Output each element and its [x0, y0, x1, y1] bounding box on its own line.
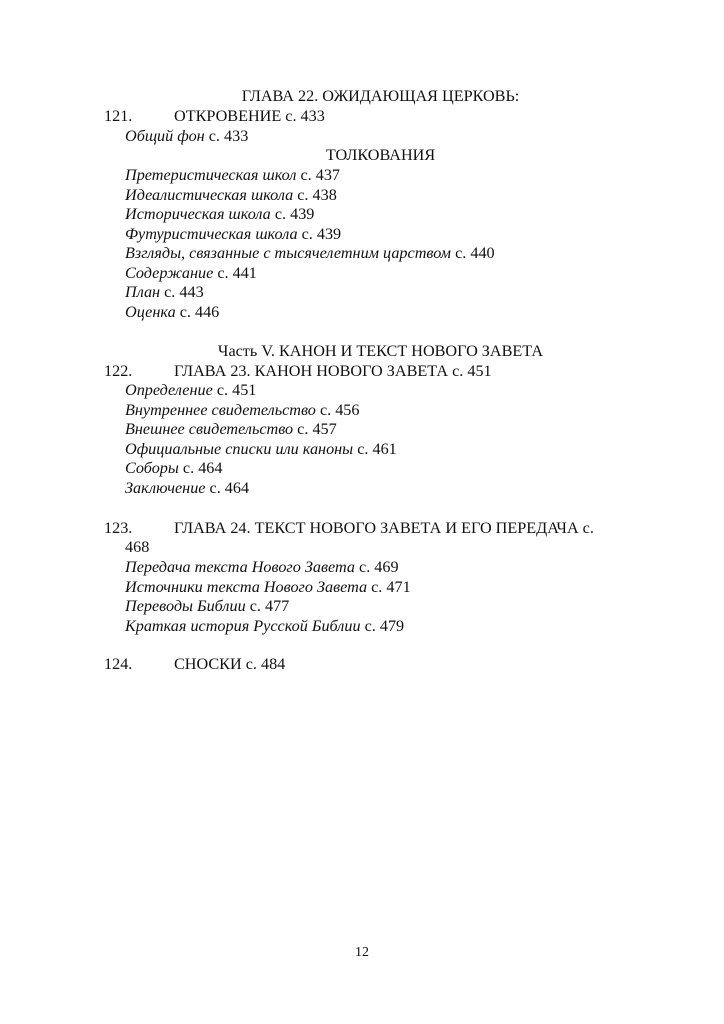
subentry-page: с. 451: [213, 381, 257, 399]
toc-entry-revelation[interactable]: ОТКРОВЕНИЕ с. 433: [174, 106, 325, 126]
subentry-page: с. 457: [293, 420, 337, 438]
toc-subentry[interactable]: Передача текста Нового Завета с. 469: [125, 557, 399, 577]
subentry-page: с. 479: [361, 617, 405, 635]
subentry-page: с. 441: [213, 264, 257, 282]
toc-subentry[interactable]: Содержание с. 441: [125, 263, 257, 283]
subentry-title: Футуристическая школа: [125, 225, 298, 243]
toc-subentry[interactable]: Краткая история Русской Библии с. 479: [125, 616, 404, 636]
subentry-page: с. 439: [298, 225, 342, 243]
toc-subentry[interactable]: Претеристическая школ с. 437: [125, 165, 340, 185]
toc-subentry[interactable]: Историческая школа с. 439: [125, 204, 314, 224]
toc-subentry[interactable]: Взгляды, связанные с тысячелетним царств…: [125, 243, 495, 263]
page-number: 12: [0, 945, 724, 961]
subentry-page: с. 443: [160, 283, 204, 301]
part-5-title: Часть V. КАНОН И ТЕКСТ НОВОГО ЗАВЕТА: [125, 341, 636, 361]
subentry-page: с. 456: [316, 401, 360, 419]
subentry-title: Определение: [125, 381, 213, 399]
toc-subentry[interactable]: Внешнее свидетельство с. 457: [125, 419, 337, 439]
subentry-page: с. 461: [353, 440, 397, 458]
subentry-page: с. 477: [246, 597, 290, 615]
toc-entry-number: 121.: [104, 106, 132, 126]
subentry-title: Оценка: [125, 303, 176, 321]
toc-subentry[interactable]: Переводы Библии с. 477: [125, 596, 289, 616]
subentry-title: Идеалистическая школа: [125, 186, 293, 204]
toc-subentry[interactable]: План с. 443: [125, 282, 204, 302]
subentry-page: с. 464: [179, 459, 223, 477]
toc-entry-number: 123.: [104, 518, 132, 538]
toc-subentry[interactable]: Заключение с. 464: [125, 478, 249, 498]
subentry-title: Претеристическая школ: [125, 166, 296, 184]
subentry-page: с. 471: [367, 578, 411, 596]
toc-entry-chapter-23[interactable]: ГЛАВА 23. КАНОН НОВОГО ЗАВЕТА с. 451: [174, 361, 492, 381]
section-heading-interpretations: ТОЛКОВАНИЯ: [125, 145, 636, 165]
subentry-title: Краткая история Русской Библии: [125, 617, 361, 635]
subentry-title: Историческая школа: [125, 205, 271, 223]
toc-subentry[interactable]: Источники текста Нового Завета с. 471: [125, 577, 411, 597]
subentry-page: с. 464: [205, 479, 249, 497]
toc-subentry[interactable]: Внутреннее свидетельство с. 456: [125, 400, 360, 420]
subentry-title: Соборы: [125, 459, 179, 477]
toc-entry-number: 124.: [104, 654, 132, 674]
subentry-title: План: [125, 283, 160, 301]
toc-entry-footnotes[interactable]: СНОСКИ с. 484: [174, 654, 285, 674]
subentry-title: Заключение: [125, 479, 205, 497]
toc-entry-chapter-24-continuation: 468: [125, 537, 149, 557]
toc-subentry[interactable]: Оценка с. 446: [125, 302, 219, 322]
toc-subentry[interactable]: Соборы с. 464: [125, 458, 222, 478]
subentry-page: с. 439: [271, 205, 315, 223]
chapter-22-title: ГЛАВА 22. ОЖИДАЮЩАЯ ЦЕРКОВЬ:: [125, 86, 636, 106]
subentry-title: Взгляды, связанные с тысячелетним царств…: [125, 244, 451, 262]
toc-subentry[interactable]: Идеалистическая школа с. 438: [125, 185, 337, 205]
toc-subentry[interactable]: Официальные списки или каноны с. 461: [125, 439, 397, 459]
subentry-title: Внешнее свидетельство: [125, 420, 293, 438]
toc-entry-number: 122.: [104, 361, 132, 381]
subentry-page: с. 446: [176, 303, 220, 321]
subentry-title: Внутреннее свидетельство: [125, 401, 316, 419]
toc-subentry[interactable]: Футуристическая школа с. 439: [125, 224, 341, 244]
subentry-page: с. 437: [296, 166, 340, 184]
toc-subentry[interactable]: Определение с. 451: [125, 380, 256, 400]
subentry-page: с. 469: [355, 558, 399, 576]
subentry-title: Переводы Библии: [125, 597, 246, 615]
document-page: ГЛАВА 22. ОЖИДАЮЩАЯ ЦЕРКОВЬ: 121. ОТКРОВ…: [0, 0, 724, 1024]
subentry-title: Источники текста Нового Завета: [125, 578, 367, 596]
subentry-page: с. 440: [451, 244, 495, 262]
subentry-title: Официальные списки или каноны: [125, 440, 353, 458]
subentry-title: Передача текста Нового Завета: [125, 558, 355, 576]
toc-entry-chapter-24[interactable]: ГЛАВА 24. ТЕКСТ НОВОГО ЗАВЕТА И ЕГО ПЕРЕ…: [174, 518, 594, 538]
subentry-page: с. 438: [293, 186, 337, 204]
subentry-title: Содержание: [125, 264, 213, 282]
toc-subentry[interactable]: Общий фон с. 433: [125, 126, 248, 146]
